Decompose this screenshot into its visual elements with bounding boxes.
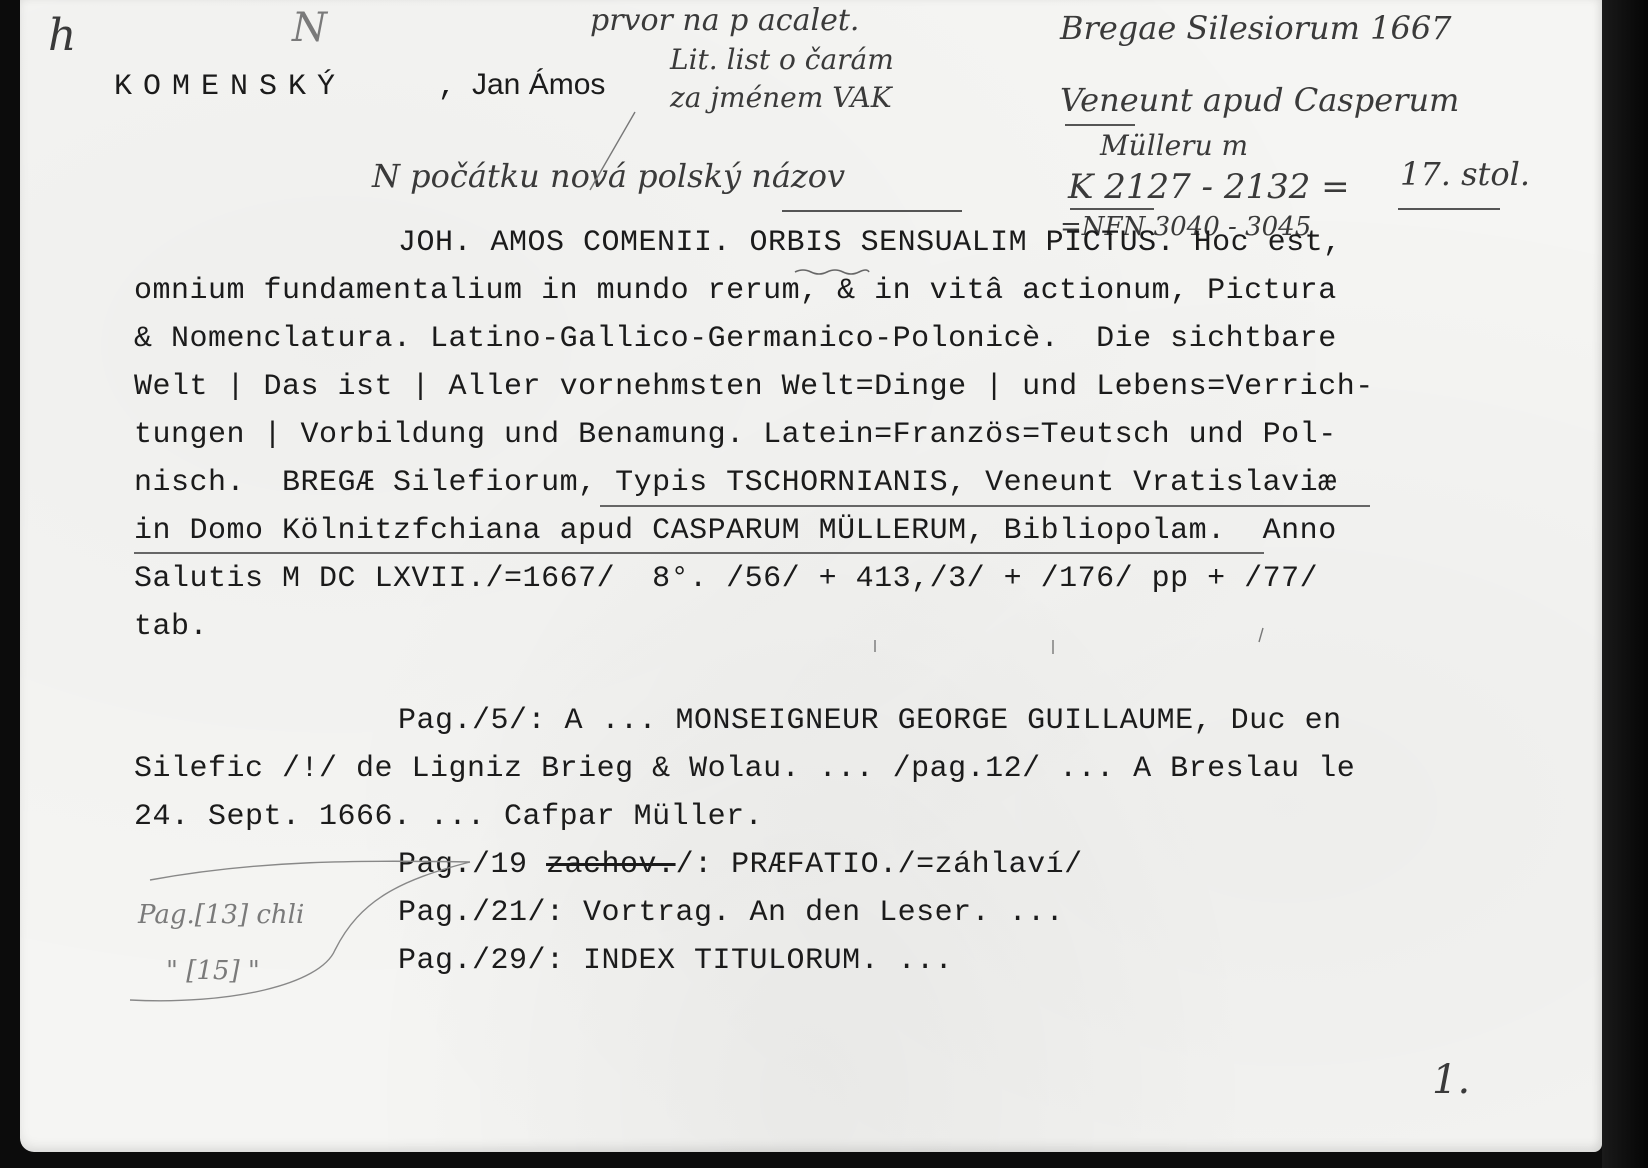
contents-line: Silefic /!/ de Ligniz Brieg & Wolau. ...…: [134, 754, 1355, 784]
title-line: omnium fundamentalium in mundo rerum, & …: [134, 276, 1337, 306]
margin-note-1: Pag.[13] chli: [138, 902, 304, 928]
catalog-card: h N KOMENSKÝ , Jan Ámos prvor na p acale…: [20, 0, 1602, 1152]
contents-entry: Pag./19 zachov./: PRÆFATIO./=záhlaví/: [398, 850, 1083, 880]
handwritten-note-top-2: Lit. list o čarám: [670, 46, 894, 74]
contents-entry: Pag./29/: INDEX TITULORUM. ...: [398, 946, 953, 976]
top-mark: N: [292, 8, 327, 48]
title-line: JOH. AMOS COMENII. ORBIS SENSUALIM PICTU…: [398, 228, 1342, 258]
shelfmark: K 2127 - 2132 =: [1068, 170, 1350, 204]
handwritten-note-top-1: prvor na p acalet.: [590, 6, 859, 36]
handwritten-imprint-3: Mülleru m: [1100, 132, 1248, 160]
handwritten-imprint-1: Bregae Silesiorum 1667: [1060, 12, 1452, 44]
author-surname: KOMENSKÝ: [114, 72, 346, 102]
century-note: 17. stol.: [1400, 158, 1530, 190]
corner-mark: h: [48, 14, 76, 58]
handwritten-remark: N počátku nová polský názov: [372, 160, 845, 192]
author-given-name: Jan Ámos: [472, 70, 605, 100]
underline: [782, 210, 962, 212]
pencil-underline: [600, 505, 1370, 507]
scan-background-edge: [1602, 0, 1648, 1168]
author-separator: ,: [438, 72, 457, 102]
underline: [1398, 208, 1500, 210]
pencil-underline: [134, 552, 1264, 554]
contents-line: Pag./5/: A ... MONSEIGNEUR GEORGE GUILLA…: [398, 706, 1342, 736]
margin-note-2: " [15] ": [166, 958, 260, 984]
handwritten-imprint-2: Veneunt apud Casperum: [1060, 84, 1459, 116]
title-line: tungen | Vorbildung und Benamung. Latein…: [134, 420, 1337, 450]
handwritten-note-top-3: za jménem VAK: [670, 84, 892, 112]
struck-text: zachov.: [546, 848, 676, 882]
title-line: nisch. BREGÆ Silefiorum, Typis TSCHORNIA…: [134, 468, 1337, 498]
title-line: & Nomenclatura. Latino-Gallico-Germanico…: [134, 324, 1337, 354]
underline: [1070, 208, 1154, 210]
title-line: in Domo Kölnitzfchiana apud CASPARUM MÜL…: [134, 516, 1337, 546]
title-line: tab.: [134, 612, 208, 642]
contents-line: 24. Sept. 1666. ... Cafpar Müller.: [134, 802, 763, 832]
card-number: 1.: [1432, 1060, 1470, 1100]
contents-entry: Pag./21/: Vortrag. An den Leser. ...: [398, 898, 1064, 928]
title-line: Welt | Das ist | Aller vornehmsten Welt=…: [134, 372, 1374, 402]
title-line: Salutis M DC LXVII./=1667/ 8°. /56/ + 41…: [134, 564, 1318, 594]
underline: [1065, 124, 1135, 126]
